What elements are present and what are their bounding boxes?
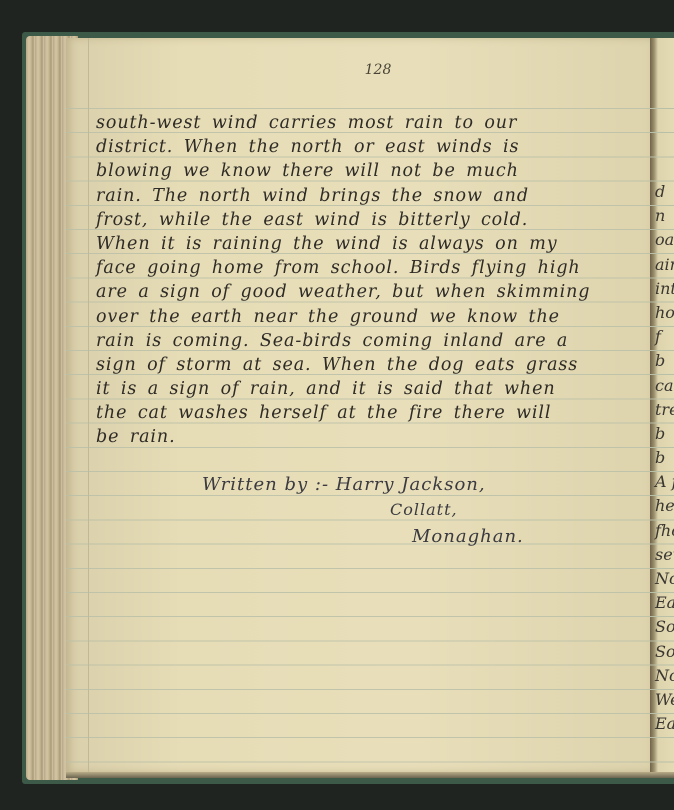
text-line: the cat washes herself at the fire there…	[96, 401, 644, 425]
text-line: over the earth near the ground we know t…	[96, 305, 644, 329]
fragment: Nor	[655, 567, 674, 591]
author-line: Written by :- Harry Jackson,	[202, 474, 486, 495]
page-bottom-edge	[66, 772, 674, 778]
fragment: A f	[655, 470, 674, 494]
fragment: ca	[655, 374, 674, 398]
text-line: face going home from school. Birds flyin…	[96, 256, 644, 280]
text-line: be rain.	[96, 425, 644, 449]
fragment: f	[655, 325, 674, 349]
fragment: hon	[655, 301, 674, 325]
text-line: When it is raining the wind is always on…	[96, 232, 644, 256]
next-page-text: d n oal ain int hon f b ca treq b b A f …	[655, 180, 674, 736]
text-line: sign of storm at sea. When the dog eats …	[96, 353, 644, 377]
text-line: frost, while the east wind is bitterly c…	[96, 208, 644, 232]
next-page-edge: d n oal ain int hon f b ca treq b b A f …	[650, 38, 674, 772]
notebook-page: 128 south-west wind carries most rain to…	[66, 38, 650, 772]
fragment: he	[655, 494, 674, 518]
fragment: int	[655, 277, 674, 301]
page-number: 128	[66, 62, 650, 78]
text-line: rain. The north wind brings the snow and	[96, 184, 644, 208]
fragment: Eas	[655, 591, 674, 615]
fragment: n	[655, 204, 674, 228]
fragment: b	[655, 349, 674, 373]
margin-line	[88, 38, 89, 772]
text-line: it is a sign of rain, and it is said tha…	[96, 377, 644, 401]
townland-line: Collatt,	[390, 500, 458, 519]
fragment: Eas	[655, 712, 674, 736]
handwritten-body: south-west wind carries most rain to our…	[96, 111, 644, 450]
fragment: b	[655, 446, 674, 470]
county-line: Monaghan.	[412, 526, 524, 547]
fragment: ain	[655, 253, 674, 277]
fragment: oal	[655, 228, 674, 252]
fragment: Wes	[655, 688, 674, 712]
fragment: fho	[655, 519, 674, 543]
text-line: blowing we know there will not be much	[96, 159, 644, 183]
fragment: d	[655, 180, 674, 204]
text-line: south-west wind carries most rain to our	[96, 111, 644, 135]
text-line: district. When the north or east winds i…	[96, 135, 644, 159]
fragment: Nort	[655, 664, 674, 688]
fragment: Sou	[655, 640, 674, 664]
text-line: rain is coming. Sea-birds coming inland …	[96, 329, 644, 353]
fragment: treq	[655, 398, 674, 422]
fragment: Sou	[655, 615, 674, 639]
fragment: b	[655, 422, 674, 446]
text-line: are a sign of good weather, but when ski…	[96, 280, 644, 304]
fragment: sew	[655, 543, 674, 567]
